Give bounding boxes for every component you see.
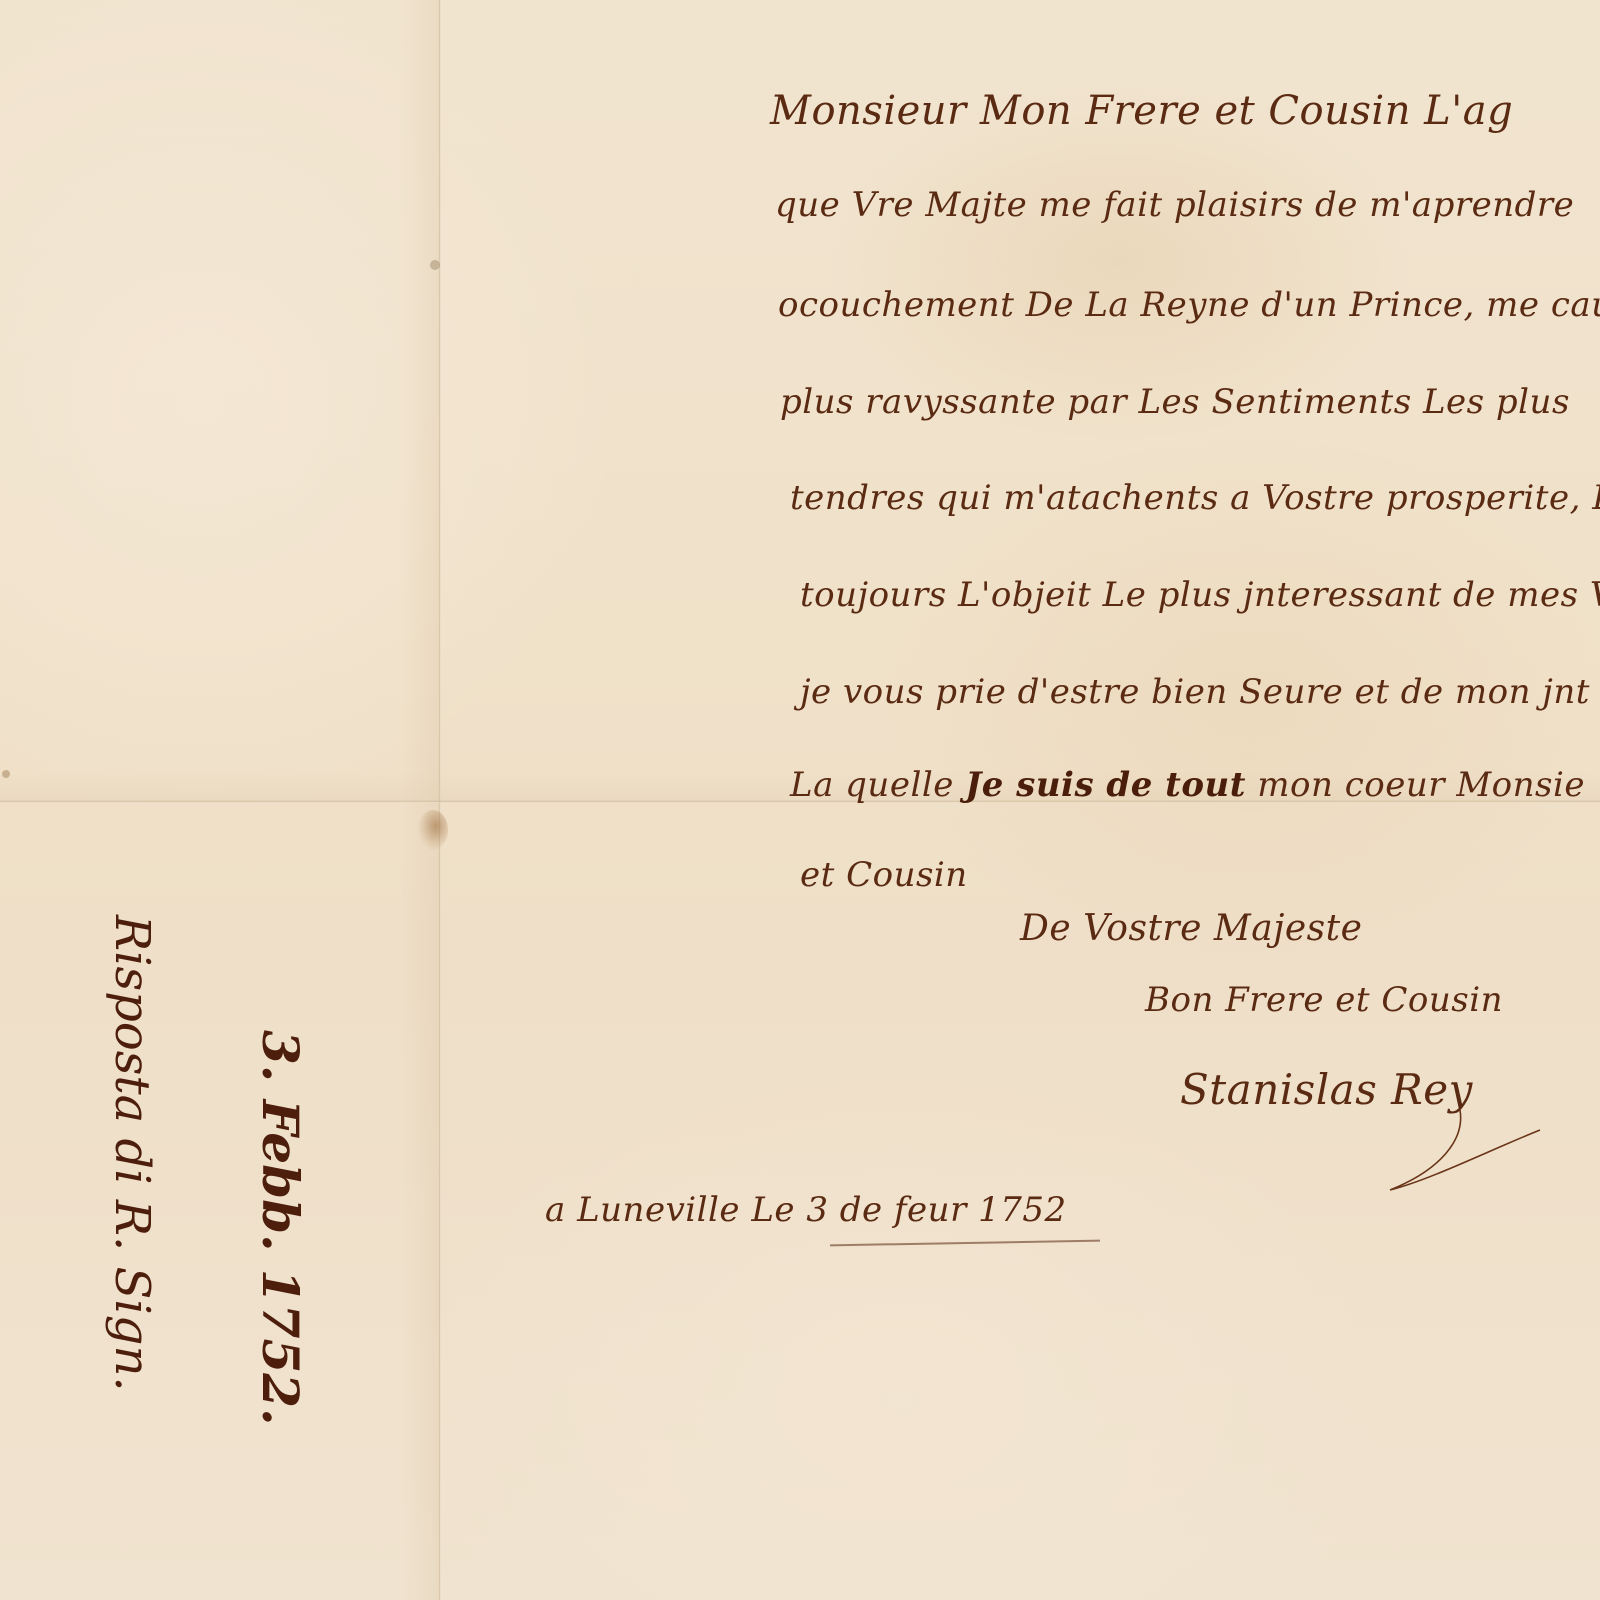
foxing-spot-left-edge [2, 770, 10, 778]
letter-line-2: que Vre Majte me fait plaisirs de m'apre… [775, 185, 1574, 225]
signature-flourish-icon [1370, 1110, 1550, 1200]
letter-line-3: ocouchement De La Reyne d'un Prince, me … [778, 285, 1600, 325]
foxing-stain-fold-intersection [418, 810, 448, 850]
letter-line-4: plus ravyssante par Les Sentiments Les p… [780, 382, 1570, 422]
letter-line-8-start: La quelle [790, 765, 965, 805]
signature: Stanislas Rey [1180, 1065, 1473, 1114]
archival-date: 3. Febb. 1752. [251, 1030, 310, 1425]
letter-line-6: toujours L'objeit Le plus jnteressant de… [800, 575, 1600, 615]
letter-line-9: et Cousin [800, 855, 968, 895]
letter-line-8-end: mon coeur Monsie [1246, 765, 1585, 805]
letter-line-8-emphasis: Je suis de tout [965, 765, 1246, 805]
letter-line-8: La quelle Je suis de tout mon coeur Mons… [790, 765, 1585, 805]
foxing-spot-upper [430, 260, 440, 270]
archival-note: Risposta di R. Sign. [104, 915, 160, 1392]
date-underline [830, 1240, 1100, 1247]
letter-line-1-salutation: Monsieur Mon Frere et Cousin L'ag [770, 88, 1513, 134]
letter-line-7: je vous prie d'estre bien Seure et de mo… [800, 672, 1590, 712]
letter-line-5: tendres qui m'atachents a Vostre prosper… [790, 478, 1600, 518]
closing-relation: Bon Frere et Cousin [1145, 980, 1503, 1020]
place-and-date: a Luneville Le 3 de feur 1752 [545, 1190, 1067, 1230]
closing-salutation: De Vostre Majeste [1020, 908, 1362, 949]
letter-page: Monsieur Mon Frere et Cousin L'ag que Vr… [0, 0, 1600, 1600]
